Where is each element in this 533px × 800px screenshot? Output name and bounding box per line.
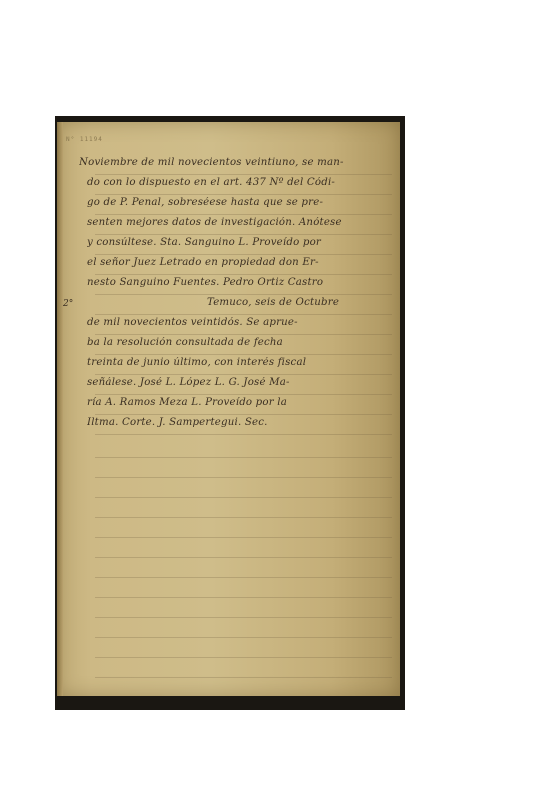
- ruled-line: [95, 497, 392, 498]
- ruled-line: [95, 617, 392, 618]
- ruled-line: [95, 657, 392, 658]
- text-line: go de P. Penal, sobreséese hasta que se …: [87, 197, 394, 217]
- text-line: do con lo dispuesto en el art. 437 Nº de…: [87, 177, 394, 197]
- text-line: de mil novecientos veintidós. Se aprue-: [87, 317, 394, 337]
- ledger-page: N° 11194 Noviembre de mil novecientos ve…: [57, 122, 400, 696]
- text-line: y consúltese. Sta. Sanguino L. Proveído …: [87, 237, 394, 257]
- text-line: Iltma. Corte. J. Sampertegui. Sec.: [87, 417, 394, 437]
- text-line: el señor Juez Letrado en propiedad don E…: [87, 257, 394, 277]
- margin-label: 2°: [63, 299, 73, 309]
- text-line: ría A. Ramos Meza L. Proveído por la: [87, 397, 394, 417]
- text-line: nesto Sanguino Fuentes. Pedro Ortiz Cast…: [87, 277, 394, 297]
- text-line: treinta de junio último, con interés fis…: [87, 357, 394, 377]
- text-line: ba la resolución consultada de fecha: [87, 337, 394, 357]
- ruled-line: [95, 677, 392, 678]
- text-line: Temuco, seis de Octubre: [87, 297, 394, 317]
- ruled-line: [95, 517, 392, 518]
- text-line: senten mejores datos de investigación. A…: [87, 217, 394, 237]
- page-binding-edge: [57, 122, 63, 696]
- ruled-line: [95, 577, 392, 578]
- text-line: Noviembre de mil novecientos veintiuno, …: [79, 157, 394, 177]
- ruled-line: [95, 457, 392, 458]
- ruled-line: [95, 477, 392, 478]
- ruled-line: [95, 557, 392, 558]
- ruled-line: [95, 597, 392, 598]
- reference-number: N° 11194: [66, 136, 103, 143]
- text-line: señálese. José L. López L. G. José Ma-: [87, 377, 394, 397]
- document-photo: N° 11194 Noviembre de mil novecientos ve…: [55, 116, 405, 710]
- ruled-line: [95, 537, 392, 538]
- ruled-line: [95, 637, 392, 638]
